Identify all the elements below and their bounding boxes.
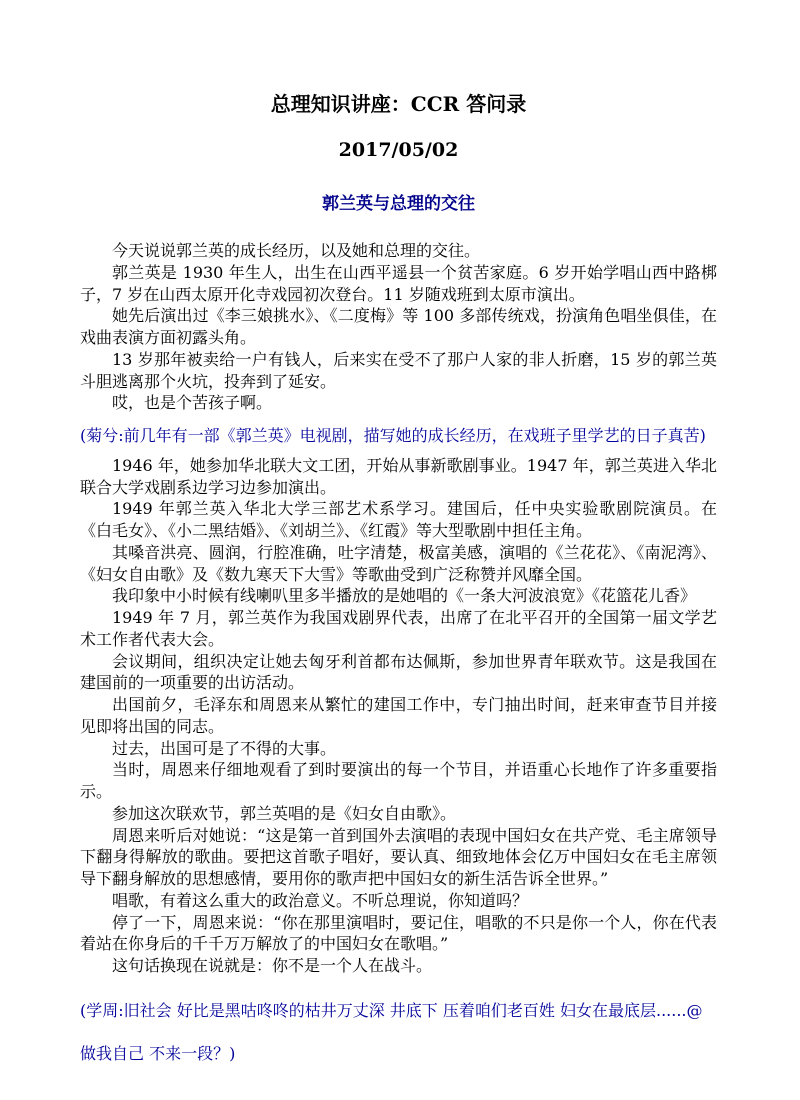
reader-comment: (学周:旧社会 好比是黑咕咚咚的枯井万丈深 井底下 压着咱们老百姓 妇女在最底层… [80,989,717,1075]
paragraph: 周恩来听后对她说：“这是第一首到国外去演唱的表现中国妇女在共产党、毛主席领导下翻… [80,825,717,890]
paragraph: 参加这次联欢节，郭兰英唱的是《妇女自由歌》。 [80,803,717,825]
paragraph: 哎，也是个苦孩子啊。 [80,392,717,414]
document-page: 总理知识讲座：CCR 答问录 2017/05/02 郭兰英与总理的交往 今天说说… [0,0,800,1100]
paragraph: 1949 年郭兰英入华北大学三部艺术系学习。建国后，任中央实验歌剧院演员。在《白… [80,498,717,542]
paragraph: 会议期间，组织决定让她去匈牙利首都布达佩斯，参加世界青年联欢节。这是我国在建国前… [80,651,717,695]
section-heading: 郭兰英与总理的交往 [80,195,717,214]
reader-comment-line: (学周:旧社会 好比是黑咕咚咚的枯井万丈深 井底下 压着咱们老百姓 妇女在最底层… [80,989,717,1032]
document-body: 今天说说郭兰英的成长经历，以及她和总理的交往。 郭兰英是 1930 年生人，出生… [80,240,717,1075]
paragraph: 我印象中小时候有线喇叭里多半播放的是她唱的《一条大河波浪宽》《花篮花儿香》 [80,585,717,607]
paragraph: 郭兰英是 1930 年生人，出生在山西平遥县一个贫苦家庭。6 岁开始学唱山西中路… [80,262,717,306]
doc-title: 总理知识讲座：CCR 答问录 [80,93,717,116]
paragraph: 她先后演出过《李三娘挑水》、《二度梅》等 100 多部传统戏，扮演角色唱坐俱佳，… [80,305,717,349]
paragraph: 停了一下，周恩来说：“你在那里演唱时，要记住，唱歌的不只是你一个人，你在代表着站… [80,912,717,956]
paragraph: 出国前夕，毛泽东和周恩来从繁忙的建国工作中，专门抽出时间，赶来审查节目并接见即将… [80,694,717,738]
paragraph: 唱歌，有着这么重大的政治意义。不听总理说，你知道吗？ [80,890,717,912]
paragraph: 1949 年 7 月，郭兰英作为我国戏剧界代表，出席了在北平召开的全国第一届文学… [80,607,717,651]
reader-comment: (菊兮:前几年有一部《郭兰英》电视剧，描写她的成长经历，在戏班子里学艺的日子真苦… [80,425,717,447]
paragraph: 今天说说郭兰英的成长经历，以及她和总理的交往。 [80,240,717,262]
paragraph: 13 岁那年被卖给一户有钱人，后来实在受不了那户人家的非人折磨，15 岁的郭兰英… [80,349,717,393]
paragraph: 1946 年，她参加华北联大文工团，开始从事新歌剧事业。1947 年，郭兰英进入… [80,455,717,499]
paragraph: 其嗓音洪亮、圆润，行腔准确，吐字清楚，极富美感，演唱的《兰花花》、《南泥湾》、《… [80,542,717,586]
paragraph: 当时，周恩来仔细地观看了到时要演出的每一个节目，并语重心长地作了许多重要指示。 [80,759,717,803]
paragraph: 过去，出国可是了不得的大事。 [80,738,717,760]
doc-date: 2017/05/02 [80,140,717,161]
paragraph: 这句话换现在说就是：你不是一个人在战斗。 [80,955,717,977]
reader-comment-line: 做我自己 不来一段？) [80,1032,717,1075]
